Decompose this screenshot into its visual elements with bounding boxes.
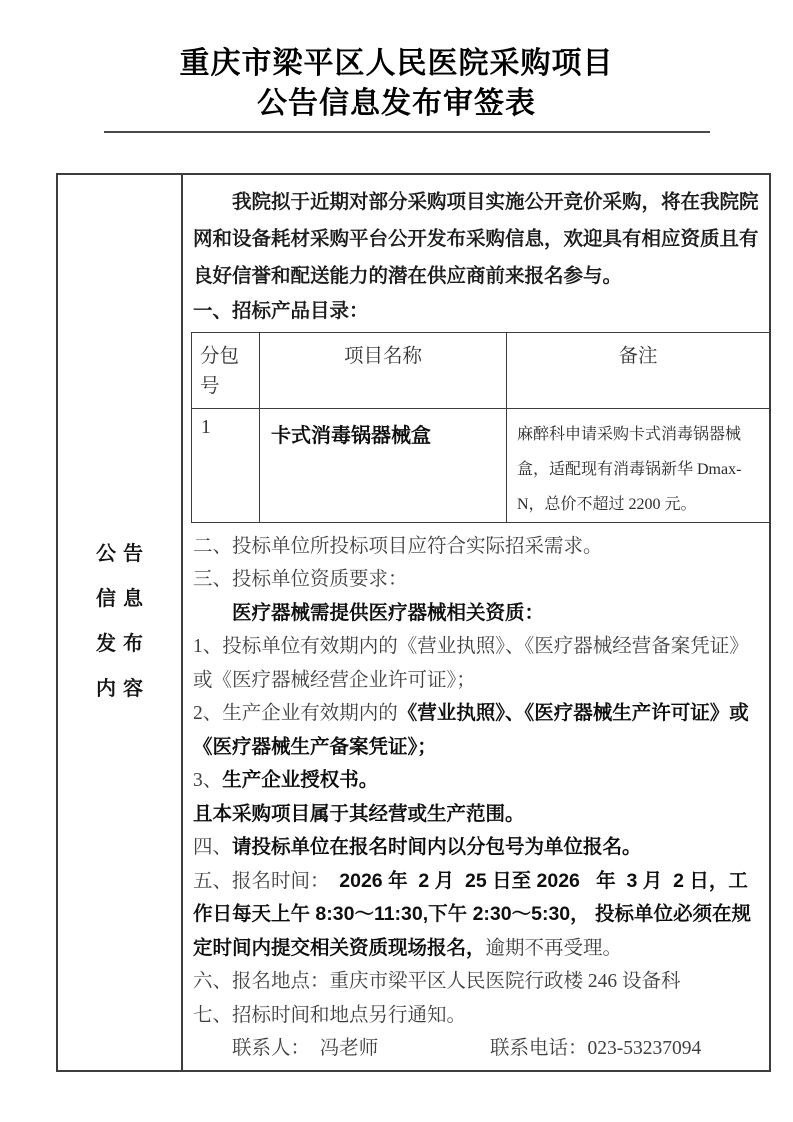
section-6: 六、报名地点：重庆市梁平区人民医院行政楼 246 设备科: [193, 965, 759, 999]
contact-name: 冯老师: [320, 1038, 379, 1059]
contact-phone: 联系电话：023-53237094: [490, 1032, 701, 1066]
cell-remark: 麻醉科申请采购卡式消毒锅器械盒，适配现有消毒锅新华 Dmax-N，总价不超过 2…: [507, 408, 770, 522]
section-4-bold: 请投标单位在报名时间内以分包号为单位报名。: [232, 836, 642, 858]
qualification-2-prefix: 2、生产企业有效期内的: [193, 703, 398, 724]
side-label: 公告 信息 发布 内容: [58, 532, 181, 712]
section-1-heading: 一、招标产品目录：: [193, 295, 759, 329]
catalog-header-row: 分包号 项目名称 备注: [192, 332, 770, 408]
title-underline: [104, 131, 710, 133]
section-2: 二、投标单位所投标项目应符合实际招采需求。: [193, 530, 759, 564]
intro-paragraph: 我院拟于近期对部分采购项目实施公开竞价采购，将在我院院网和设备耗材采购平台公开发…: [193, 184, 759, 295]
row-label-cell: 公告 信息 发布 内容: [57, 174, 182, 1071]
phone-number: 023-53237094: [588, 1038, 702, 1059]
side-label-line-1: 公告: [58, 532, 181, 577]
section-5: 五、报名时间： 2026 年 2 月 25 日至 2026 年 3 月 2 日，…: [193, 865, 759, 966]
qualification-3-bold: 生产企业授权书。: [222, 769, 378, 791]
side-label-line-2: 信息: [58, 577, 181, 622]
doc-title-line1: 重庆市梁平区人民医院采购项目: [0, 44, 793, 84]
qualification-1: 1、投标单位有效期内的《营业执照》、《医疗器械经营备案凭证》或《医疗器械经营企业…: [193, 630, 759, 697]
contact-person: 联系人： 冯老师: [232, 1032, 490, 1066]
contact-line: 联系人： 冯老师 联系电话：023-53237094: [193, 1032, 759, 1066]
qualification-3: 3、生产企业授权书。: [193, 764, 759, 798]
catalog-data-row: 1 卡式消毒锅器械盒 麻醉科申请采购卡式消毒锅器械盒，适配现有消毒锅新华 Dma…: [192, 408, 770, 522]
phone-label: 联系电话：: [490, 1038, 588, 1059]
header-package-no: 分包号: [192, 332, 260, 408]
product-catalog-table: 分包号 项目名称 备注 1 卡式消毒锅器械盒 麻醉科申请采购卡式消毒锅器械盒，适…: [191, 332, 770, 523]
scope-note: 且本采购项目属于其经营或生产范围。: [193, 798, 759, 832]
qualification-heading: 医疗器械需提供医疗器械相关资质：: [193, 597, 759, 631]
qualification-3-prefix: 3、: [193, 770, 222, 791]
doc-title-line2: 公告信息发布审签表: [0, 84, 793, 124]
document-page: 重庆市梁平区人民医院采购项目 公告信息发布审签表 公告 信息 发布 内容 我院拟…: [0, 0, 793, 1122]
qualification-2: 2、生产企业有效期内的《营业执照》、《医疗器械生产许可证》或《医疗器械生产备案凭…: [193, 697, 759, 764]
document-title-block: 重庆市梁平区人民医院采购项目 公告信息发布审签表: [0, 0, 793, 124]
side-label-line-4: 内容: [58, 667, 181, 712]
section-4: 四、请投标单位在报名时间内以分包号为单位报名。: [193, 831, 759, 865]
cell-package-no: 1: [192, 408, 260, 522]
section-5-prefix: 五、报名时间：: [193, 871, 339, 892]
approval-form-table: 公告 信息 发布 内容 我院拟于近期对部分采购项目实施公开竞价采购，将在我院院网…: [56, 173, 771, 1072]
header-project-name: 项目名称: [260, 332, 507, 408]
section-4-prefix: 四、: [193, 837, 232, 858]
header-remark: 备注: [507, 332, 770, 408]
cell-project-name: 卡式消毒锅器械盒: [260, 408, 507, 522]
contact-label: 联系人：: [232, 1038, 320, 1059]
section-5-suffix: 逾期不再受理。: [486, 938, 623, 959]
section-7: 七、招标时间和地点另行通知。: [193, 999, 759, 1033]
side-label-line-3: 发布: [58, 622, 181, 667]
section-3: 三、投标单位资质要求：: [193, 563, 759, 597]
announcement-content-cell: 我院拟于近期对部分采购项目实施公开竞价采购，将在我院院网和设备耗材采购平台公开发…: [182, 174, 770, 1071]
